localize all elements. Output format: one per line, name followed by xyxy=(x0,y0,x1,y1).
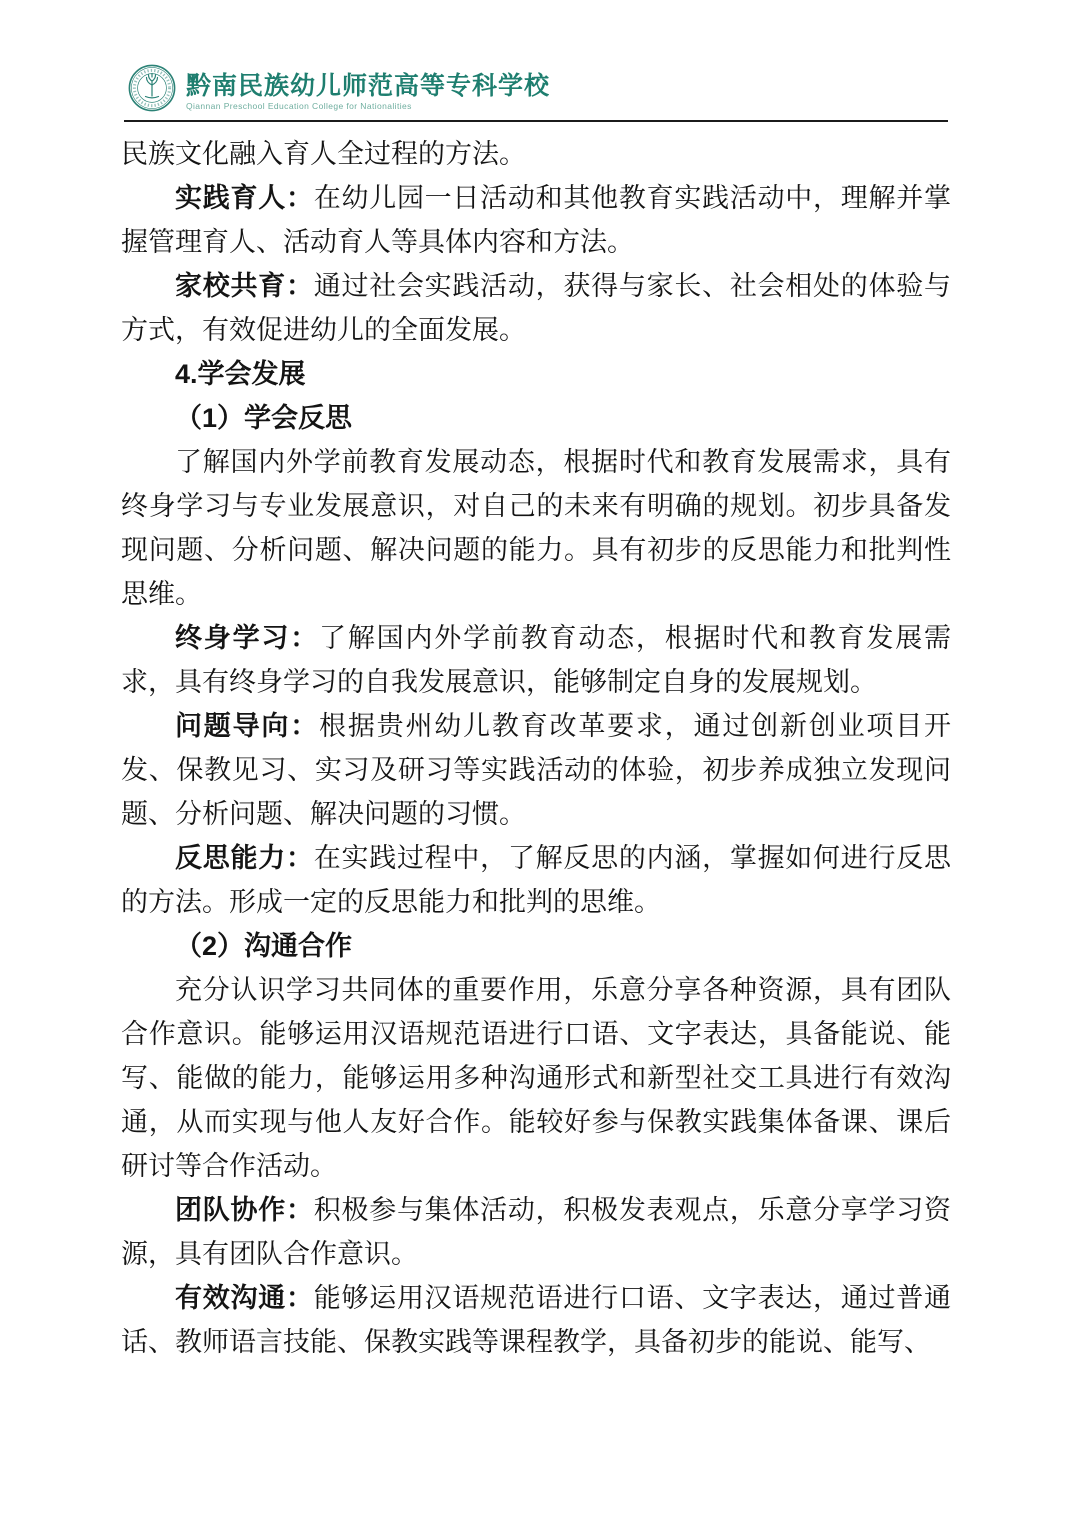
run-label-bold: 团队协作： xyxy=(175,1195,314,1225)
paragraph: 充分认识学习共同体的重要作用，乐意分享各种资源，具有团队合作意识。能够运用汉语规… xyxy=(121,968,951,1188)
school-seal-icon xyxy=(128,64,176,112)
paragraph: 民族文化融入育人全过程的方法。 xyxy=(121,132,951,176)
run-text: 了解国内外学前教育发展动态，根据时代和教育发展需求，具有终身学习与专业发展意识，… xyxy=(121,447,951,609)
run-label-bold: 4.学会发展 xyxy=(175,359,306,389)
run-label-bold: 实践育人： xyxy=(175,183,314,213)
run-label-bold: （2）沟通合作 xyxy=(175,931,352,961)
paragraph: 家校共育：通过社会实践活动，获得与家长、社会相处的体验与方式，有效促进幼儿的全面… xyxy=(121,264,951,352)
paragraph: 有效沟通：能够运用汉语规范语进行口语、文字表达，通过普通话、教师语言技能、保教实… xyxy=(121,1276,951,1364)
paragraph: 问题导向：根据贵州幼儿教育改革要求，通过创新创业项目开发、保教见习、实习及研习等… xyxy=(121,704,951,836)
heading: （1）学会反思 xyxy=(121,396,951,440)
document-page: 黔南民族幼儿师范高等专科学校 Qiannan Preschool Educati… xyxy=(0,0,1074,1520)
paragraph: 了解国内外学前教育发展动态，根据时代和教育发展需求，具有终身学习与专业发展意识，… xyxy=(121,440,951,616)
run-label-bold: 问题导向： xyxy=(175,711,319,741)
run-label-bold: 反思能力： xyxy=(175,843,314,873)
paragraph: 反思能力：在实践过程中，了解反思的内涵，掌握如何进行反思的方法。形成一定的反思能… xyxy=(121,836,951,924)
run-label-bold: 家校共育： xyxy=(175,271,314,301)
paragraph: 团队协作：积极参与集体活动，积极发表观点，乐意分享学习资源，具有团队合作意识。 xyxy=(121,1188,951,1276)
school-titles: 黔南民族幼儿师范高等专科学校 Qiannan Preschool Educati… xyxy=(186,64,550,112)
heading: 4.学会发展 xyxy=(121,352,951,396)
run-text: 充分认识学习共同体的重要作用，乐意分享各种资源，具有团队合作意识。能够运用汉语规… xyxy=(121,975,951,1181)
document-body: 民族文化融入育人全过程的方法。实践育人：在幼儿园一日活动和其他教育实践活动中，理… xyxy=(121,132,951,1364)
run-label-bold: 有效沟通： xyxy=(175,1283,314,1313)
run-text: 民族文化融入育人全过程的方法。 xyxy=(121,139,526,169)
page-header: 黔南民族幼儿师范高等专科学校 Qiannan Preschool Educati… xyxy=(128,64,550,112)
heading: （2）沟通合作 xyxy=(121,924,951,968)
paragraph: 终身学习：了解国内外学前教育动态，根据时代和教育发展需求，具有终身学习的自我发展… xyxy=(121,616,951,704)
school-name-chinese: 黔南民族幼儿师范高等专科学校 xyxy=(186,74,550,100)
school-name-english: Qiannan Preschool Education College for … xyxy=(186,101,550,112)
run-label-bold: 终身学习： xyxy=(175,623,319,653)
run-label-bold: （1）学会反思 xyxy=(175,403,352,433)
header-divider xyxy=(124,120,948,122)
paragraph: 实践育人：在幼儿园一日活动和其他教育实践活动中，理解并掌握管理育人、活动育人等具… xyxy=(121,176,951,264)
